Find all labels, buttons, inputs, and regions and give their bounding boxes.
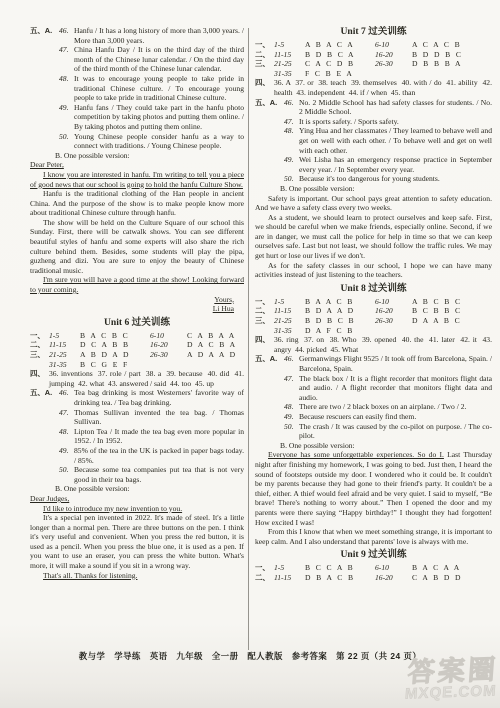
answer-letters: B C G E F bbox=[80, 360, 150, 370]
question-range: 31-35 bbox=[274, 69, 305, 79]
signoff-text: Yours, bbox=[214, 295, 234, 304]
item-text: Because some tea companies put tea that … bbox=[74, 465, 244, 484]
answer-item: 48. Lipton Tea / It made the tea bag eve… bbox=[30, 427, 244, 446]
item-text: No. 2 Middle School has had safety class… bbox=[299, 98, 492, 117]
question-range: 1-5 bbox=[274, 297, 305, 307]
item-number: 48. bbox=[284, 402, 299, 412]
question-range: 16-20 bbox=[375, 573, 412, 583]
letter-paragraph: I know you are interested in hanfu. I'm … bbox=[30, 170, 244, 189]
unit-heading: Unit 9 过关训练 bbox=[255, 549, 492, 561]
answer-key-row: 一、 1-5 B C C A B 6-10 B A C A A bbox=[255, 563, 492, 573]
answer-letters: B D B C A bbox=[305, 50, 375, 60]
letter-paragraph: As a student, we should learn to protect… bbox=[255, 213, 492, 261]
question-range: 6-10 bbox=[150, 331, 187, 341]
column-divider bbox=[248, 28, 249, 650]
question-range: 26-30 bbox=[375, 59, 412, 69]
section-marker: 三、 bbox=[30, 350, 49, 360]
section-marker: 一、 bbox=[255, 40, 274, 50]
question-range: 11-15 bbox=[49, 340, 80, 350]
letter-paragraph: I'm sure you will have a good time at th… bbox=[30, 275, 244, 294]
item-number: 47. bbox=[59, 45, 74, 55]
answer-item: 五、A. 46. Hanfu / It has a long history o… bbox=[30, 26, 244, 45]
question-range: 21-25 bbox=[274, 59, 305, 69]
answer-key-row: 二、 11-15 B D B C A 16-20 B D D B C bbox=[255, 50, 492, 60]
answer-letters: B C B B C bbox=[412, 306, 492, 316]
item-number: 48. bbox=[59, 74, 74, 84]
answer-letters: A B D A D bbox=[80, 350, 150, 360]
item-number: 49. bbox=[59, 103, 74, 113]
item-number: 47. bbox=[284, 117, 299, 127]
question-range: 11-15 bbox=[274, 306, 305, 316]
page-columns: 五、A. 46. Hanfu / It has a long history o… bbox=[0, 0, 500, 650]
question-range: 1-5 bbox=[274, 563, 305, 573]
item-text: Tea bag drinking is most Westerners' fav… bbox=[74, 388, 244, 407]
question-range bbox=[375, 326, 412, 336]
answer-key-row: 31-35 D A F C B bbox=[255, 326, 492, 336]
possible-version-label: B. One possible version: bbox=[30, 484, 244, 494]
answer-letters: B D B C B bbox=[305, 316, 375, 326]
section-marker: 五、A. bbox=[30, 388, 59, 398]
question-range: 26-30 bbox=[375, 316, 412, 326]
answer-letters: D B A C B bbox=[305, 573, 375, 583]
possible-version-label: B. One possible version: bbox=[255, 184, 492, 194]
item-text: Lipton Tea / It made the tea bag even mo… bbox=[74, 427, 244, 446]
answer-item: 47. The black box / It is a flight recor… bbox=[255, 374, 492, 403]
section-marker: 二、 bbox=[30, 340, 49, 350]
item-text: Because it's too dangerous for young stu… bbox=[299, 174, 492, 184]
answer-letters: D B B B A bbox=[412, 59, 492, 69]
answer-item: 49. Hanfu fans / They could take part in… bbox=[30, 103, 244, 132]
section-marker bbox=[30, 360, 49, 370]
section-marker bbox=[255, 326, 274, 336]
item-text: 85% of the tea in the UK is packed in pa… bbox=[74, 446, 244, 465]
answer-key-page: 五、A. 46. Hanfu / It has a long history o… bbox=[0, 0, 500, 708]
question-range: 11-15 bbox=[274, 573, 305, 583]
item-number: 50. bbox=[59, 132, 74, 142]
item-text: Wei Lisha has an emergency response prac… bbox=[299, 155, 492, 174]
watermark: 答案圈 MXQE.COM bbox=[404, 656, 499, 702]
section-marker: 三、 bbox=[255, 316, 274, 326]
item-text: Hanfu / It has a long history of more th… bbox=[74, 26, 244, 45]
question-range bbox=[375, 69, 412, 79]
item-text: Because rescuers can easily find them. bbox=[299, 412, 492, 422]
fill-in-answers: 36. A 37. or 38. teach 39. themselves 40… bbox=[274, 78, 492, 97]
question-range: 6-10 bbox=[375, 563, 412, 573]
letter-paragraph: Safety is important. Our school pays gre… bbox=[255, 194, 492, 213]
item-text: Thomas Sullivan invented the tea bag. / … bbox=[74, 408, 244, 427]
answer-letters: A B C B C bbox=[412, 297, 492, 307]
answer-key-row: 三、 21-25 B D B C B 26-30 D A A B C bbox=[255, 316, 492, 326]
section-marker bbox=[255, 69, 274, 79]
question-range: 11-15 bbox=[274, 50, 305, 60]
item-text: It is sports safety. / Sports safety. bbox=[299, 117, 492, 127]
question-range: 16-20 bbox=[375, 306, 412, 316]
answer-key-row: 一、 1-5 B A C B C 6-10 C A B A A bbox=[30, 331, 244, 341]
item-number: 47. bbox=[284, 374, 299, 384]
answer-item: 48. Ying Hua and her classmates / They l… bbox=[255, 126, 492, 155]
answer-letters bbox=[412, 69, 492, 79]
question-range bbox=[150, 360, 187, 370]
answer-item: 47. China Hanfu Day / It is on the third… bbox=[30, 45, 244, 74]
section-marker: 二、 bbox=[255, 573, 274, 583]
letter-paragraph: Hanfu is the traditional clothing of the… bbox=[30, 189, 244, 218]
answer-key-row: 31-35 B C G E F bbox=[30, 360, 244, 370]
letter-salutation: Dear Peter, bbox=[30, 160, 244, 170]
answer-letters: C A B D D bbox=[412, 573, 492, 583]
possible-version-label: B. One possible version: bbox=[30, 151, 244, 161]
answer-item: 五、A. 46. No. 2 Middle School has had saf… bbox=[255, 98, 492, 117]
answer-key-row: 一、 1-5 B A A C B 6-10 A B C B C bbox=[255, 297, 492, 307]
item-text: There are two / 2 black boxes on an airp… bbox=[299, 402, 492, 412]
item-number: 48. bbox=[284, 126, 299, 136]
letter-signoff: Yours, bbox=[30, 295, 244, 305]
fill-in-answers: 36. inventions 37. role / part 38. a 39.… bbox=[49, 369, 244, 388]
answer-key-row: 二、 11-15 B D A A D 16-20 B C B B C bbox=[255, 306, 492, 316]
letter-paragraph: I'd like to introduce my new invention t… bbox=[30, 504, 244, 514]
answer-letters: B A C A A bbox=[412, 563, 492, 573]
answer-item: 50. Young Chinese people consider hanfu … bbox=[30, 132, 244, 151]
answer-letters: D A C B A bbox=[187, 340, 244, 350]
watermark-site-text: MXQE.COM bbox=[404, 683, 497, 702]
item-text: Young Chinese people consider hanfu as a… bbox=[74, 132, 244, 151]
answer-letters: A C A C B bbox=[412, 40, 492, 50]
item-number: 46. bbox=[59, 26, 74, 36]
answer-item: 50. Because some tea companies put tea t… bbox=[30, 465, 244, 484]
item-number: 47. bbox=[59, 408, 74, 418]
underlined-lead-sentence: Everyone has some unforgettable experien… bbox=[268, 450, 444, 459]
question-range: 21-25 bbox=[49, 350, 80, 360]
fill-in-row: 四、 36. A 37. or 38. teach 39. themselves… bbox=[255, 78, 492, 97]
unit-heading: Unit 8 过关训练 bbox=[255, 283, 492, 295]
answer-letters: C A C D B bbox=[305, 59, 375, 69]
answer-letters: B A C B C bbox=[80, 331, 150, 341]
item-text: Ying Hua and her classmates / They learn… bbox=[299, 126, 492, 155]
answer-item: 48. There are two / 2 black boxes on an … bbox=[255, 402, 492, 412]
item-text: It was to encourage young people to take… bbox=[74, 74, 244, 103]
item-number: 46. bbox=[59, 388, 74, 398]
answer-key-row: 二、 11-15 D B A C B 16-20 C A B D D bbox=[255, 573, 492, 583]
answer-letters bbox=[187, 360, 244, 370]
section-marker: 三、 bbox=[255, 59, 274, 69]
answer-key-row: 一、 1-5 A B A C A 6-10 A C A C B bbox=[255, 40, 492, 50]
question-range: 16-20 bbox=[150, 340, 187, 350]
letter-paragraph: Everyone has some unforgettable experien… bbox=[255, 450, 492, 527]
section-marker: 五、A. bbox=[30, 26, 59, 36]
answer-item: 47. It is sports safety. / Sports safety… bbox=[255, 117, 492, 127]
answer-item: 50. The crash / It was caused by the co-… bbox=[255, 422, 492, 441]
section-marker: 四、 bbox=[255, 335, 274, 345]
question-range: 21-25 bbox=[274, 316, 305, 326]
letter-paragraph: As for the safety classes in our school,… bbox=[255, 261, 492, 280]
item-number: 49. bbox=[284, 412, 299, 422]
letter-signoff: Li Hua bbox=[30, 304, 244, 314]
item-text: The crash / It was caused by the co-pilo… bbox=[299, 422, 492, 441]
answer-letters bbox=[412, 326, 492, 336]
question-range: 6-10 bbox=[375, 297, 412, 307]
possible-version-label: B. One possible version: bbox=[255, 441, 492, 451]
question-range: 6-10 bbox=[375, 40, 412, 50]
section-marker: 一、 bbox=[255, 297, 274, 307]
letter-salutation: Dear Judges, bbox=[30, 494, 244, 504]
answer-letters: D A A B C bbox=[412, 316, 492, 326]
left-column: 五、A. 46. Hanfu / It has a long history o… bbox=[30, 26, 244, 650]
answer-letters: F C B E A bbox=[305, 69, 375, 79]
right-column: Unit 7 过关训练 一、 1-5 A B A C A 6-10 A C A … bbox=[255, 26, 492, 650]
answer-key-row: 二、 11-15 D C A B B 16-20 D A C B A bbox=[30, 340, 244, 350]
answer-item: 五、A. 46. Tea bag drinking is most Wester… bbox=[30, 388, 244, 407]
item-number: 49. bbox=[284, 155, 299, 165]
question-range: 16-20 bbox=[375, 50, 412, 60]
fill-in-answers: 36. ring 37. on 38. Who 39. opened 40. t… bbox=[274, 335, 492, 354]
question-range: 31-35 bbox=[49, 360, 80, 370]
item-text: The black box / It is a flight recorder … bbox=[299, 374, 492, 403]
section-marker: 二、 bbox=[255, 306, 274, 316]
section-marker: 四、 bbox=[255, 78, 274, 88]
item-text: China Hanfu Day / It is on the third day… bbox=[74, 45, 244, 74]
paragraph-continuation: Last Thursday night after finishing my h… bbox=[255, 450, 492, 526]
answer-letters: B D A A D bbox=[305, 306, 375, 316]
unit-heading: Unit 7 过关训练 bbox=[255, 26, 492, 38]
answer-item: 49. Wei Lisha has an emergency response … bbox=[255, 155, 492, 174]
item-number: 46. bbox=[284, 354, 299, 364]
answer-item: 49. Because rescuers can easily find the… bbox=[255, 412, 492, 422]
answer-item: 五、A. 46. Germanwings Flight 9525 / It to… bbox=[255, 354, 492, 373]
answer-key-row: 31-35 F C B E A bbox=[255, 69, 492, 79]
fill-in-row: 四、 36. inventions 37. role / part 38. a … bbox=[30, 369, 244, 388]
answer-item: 47. Thomas Sullivan invented the tea bag… bbox=[30, 408, 244, 427]
item-text: Germanwings Flight 9525 / It took off fr… bbox=[299, 354, 492, 373]
answer-letters: B A A C B bbox=[305, 297, 375, 307]
section-marker: 一、 bbox=[30, 331, 49, 341]
letter-paragraph: That's all. Thanks for listening. bbox=[30, 571, 244, 581]
letter-paragraph: From this I know that when we meet somet… bbox=[255, 527, 492, 546]
item-number: 48. bbox=[59, 427, 74, 437]
letter-paragraph: The show will be held on the Culture Squ… bbox=[30, 218, 244, 276]
answer-item: 48. It was to encourage young people to … bbox=[30, 74, 244, 103]
question-range: 1-5 bbox=[49, 331, 80, 341]
item-number: 49. bbox=[59, 446, 74, 456]
item-text: Hanfu fans / They could take part in the… bbox=[74, 103, 244, 132]
answer-letters: B C C A B bbox=[305, 563, 375, 573]
fill-in-row: 四、 36. ring 37. on 38. Who 39. opened 40… bbox=[255, 335, 492, 354]
answer-item: 49. 85% of the tea in the UK is packed i… bbox=[30, 446, 244, 465]
answer-letters: B D D B C bbox=[412, 50, 492, 60]
answer-item: 50. Because it's too dangerous for young… bbox=[255, 174, 492, 184]
unit-heading: Unit 6 过关训练 bbox=[30, 317, 244, 329]
item-number: 50. bbox=[59, 465, 74, 475]
section-marker: 二、 bbox=[255, 50, 274, 60]
answer-letters: D A F C B bbox=[305, 326, 375, 336]
item-number: 50. bbox=[284, 174, 299, 184]
answer-letters: A B A C A bbox=[305, 40, 375, 50]
section-marker: 五、A. bbox=[255, 98, 284, 108]
question-range: 26-30 bbox=[150, 350, 187, 360]
signoff-text: Li Hua bbox=[213, 304, 234, 313]
section-marker: 一、 bbox=[255, 563, 274, 573]
section-marker: 四、 bbox=[30, 369, 49, 379]
item-number: 50. bbox=[284, 422, 299, 432]
answer-key-row: 三、 21-25 A B D A D 26-30 A D A A D bbox=[30, 350, 244, 360]
answer-key-row: 三、 21-25 C A C D B 26-30 D B B B A bbox=[255, 59, 492, 69]
section-marker: 五、A. bbox=[255, 354, 284, 364]
question-range: 1-5 bbox=[274, 40, 305, 50]
answer-letters: C A B A A bbox=[187, 331, 244, 341]
item-number: 46. bbox=[284, 98, 299, 108]
answer-letters: A D A A D bbox=[187, 350, 244, 360]
question-range: 31-35 bbox=[274, 326, 305, 336]
letter-paragraph: It's a special pen invented in 2022. It'… bbox=[30, 513, 244, 571]
answer-letters: D C A B B bbox=[80, 340, 150, 350]
